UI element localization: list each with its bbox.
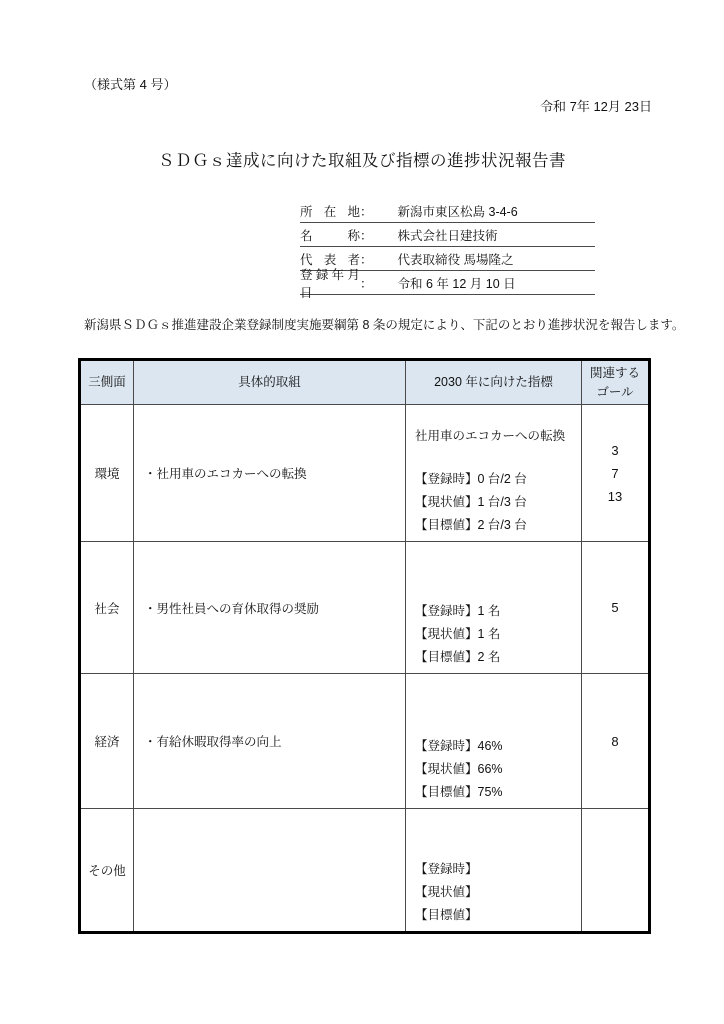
company-info-block: 所在地： 新潟市東区松島 3-4-6 名称： 株式会社日建技術 代表者： 代表取… [300,199,595,295]
indicator-line: 【現状値】 [415,881,575,904]
table-row-environment: 環境 ・社用車のエコカーへの転換 社用車のエコカーへの転換 【登録時】0 台/2… [80,405,650,542]
form-number: （様式第 4 号） [84,74,176,93]
header-initiative: 具体的取組 [134,360,406,405]
indicator-lines: 【登録時】 【現状値】 【目標値】 [415,858,575,927]
initiative-text: ・社用車のエコカーへの転換 [134,405,405,541]
indicator-line: 【目標値】 [415,904,575,927]
info-row-address: 所在地： 新潟市東区松島 3-4-6 [300,199,595,223]
aspect-label: 社会 [81,542,133,673]
initiative-text: ・男性社員への育休取得の奨励 [134,542,405,673]
indicator-line: 【現状値】1 台/3 台 [415,491,575,514]
info-colon: ： [360,274,373,292]
report-table: 三側面 具体的取組 2030 年に向けた指標 関連する ゴール 環境 ・社用車の… [78,358,651,934]
table-row-economy: 経済 ・有給休暇取得率の向上 【登録時】46% 【現状値】66% 【目標値】75… [80,674,650,809]
page-title: ＳＤＧｓ達成に向けた取組及び指標の進捗状況報告書 [0,147,724,171]
aspect-label: 経済 [81,674,133,808]
header-goals: 関連する ゴール [582,360,650,405]
info-label: 所在地 [300,202,360,220]
goal-number: 13 [608,485,622,508]
indicator-cell: 【登録時】46% 【現状値】66% 【目標値】75% [406,674,581,808]
info-value: 令和 6 年 12 月 10 日 [398,274,516,292]
info-value: 代表取締役 馬場隆之 [398,250,514,268]
aspect-label: 環境 [81,405,133,541]
goal-number: 5 [611,596,618,619]
header-goals-line1: 関連する [582,364,648,383]
info-value: 株式会社日建技術 [398,226,498,244]
indicator-line: 【登録時】46% [415,735,575,758]
table-header-row: 三側面 具体的取組 2030 年に向けた指標 関連する ゴール [80,360,650,405]
header-indicator: 2030 年に向けた指標 [406,360,582,405]
goals-cell: 3 7 13 [582,405,648,541]
initiative-text [134,809,405,931]
indicator-line: 【現状値】66% [415,758,575,781]
intro-text: 新潟県ＳＤＧｓ推進建設企業登録制度実施要綱第 8 条の規定により、下記のとおり進… [84,315,684,333]
indicator-line: 【登録時】1 名 [415,600,575,623]
indicator-cell: 【登録時】 【現状値】 【目標値】 [406,809,581,931]
info-row-name: 名称： 株式会社日建技術 [300,223,595,247]
indicator-cell: 社用車のエコカーへの転換 【登録時】0 台/2 台 【現状値】1 台/3 台 【… [406,405,581,541]
table-row-other: その他 【登録時】 【現状値】 【目標値】 [80,809,650,933]
indicator-line: 【目標値】2 台/3 台 [415,514,575,537]
info-colon: ： [360,226,373,244]
indicator-cell: 【登録時】1 名 【現状値】1 名 【目標値】2 名 [406,542,581,673]
indicator-lines: 【登録時】0 台/2 台 【現状値】1 台/3 台 【目標値】2 台/3 台 [415,468,575,537]
document-page: （様式第 4 号） 令和 7年 12月 23日 ＳＤＧｓ達成に向けた取組及び指標… [0,0,724,1024]
indicator-lines: 【登録時】46% 【現状値】66% 【目標値】75% [415,735,575,804]
initiative-text: ・有給休暇取得率の向上 [134,674,405,808]
goals-cell: 8 [582,674,648,808]
info-row-registration-date: 登録年月日： 令和 6 年 12 月 10 日 [300,271,595,295]
info-colon: ： [360,250,373,268]
header-goals-line2: ゴール [582,383,648,402]
indicator-line: 【登録時】0 台/2 台 [415,468,575,491]
indicator-line: 【登録時】 [415,858,575,881]
indicator-line: 【目標値】75% [415,781,575,804]
aspect-label: その他 [81,809,133,931]
goal-number: 7 [611,462,618,485]
report-date: 令和 7年 12月 23日 [540,96,652,115]
indicator-lines: 【登録時】1 名 【現状値】1 名 【目標値】2 名 [415,600,575,669]
info-label: 登録年月日 [300,265,360,301]
info-value: 新潟市東区松島 3-4-6 [398,202,518,220]
header-aspect: 三側面 [80,360,134,405]
info-colon: ： [360,202,373,220]
goal-number: 3 [611,439,618,462]
goal-number: 8 [611,730,618,753]
table-row-society: 社会 ・男性社員への育休取得の奨励 【登録時】1 名 【現状値】1 名 【目標値… [80,542,650,674]
goals-cell: 5 [582,542,648,673]
indicator-title: 社用車のエコカーへの転換 [415,425,575,448]
info-label: 名称 [300,226,360,244]
indicator-line: 【現状値】1 名 [415,623,575,646]
indicator-line: 【目標値】2 名 [415,646,575,669]
goals-cell [582,809,648,931]
